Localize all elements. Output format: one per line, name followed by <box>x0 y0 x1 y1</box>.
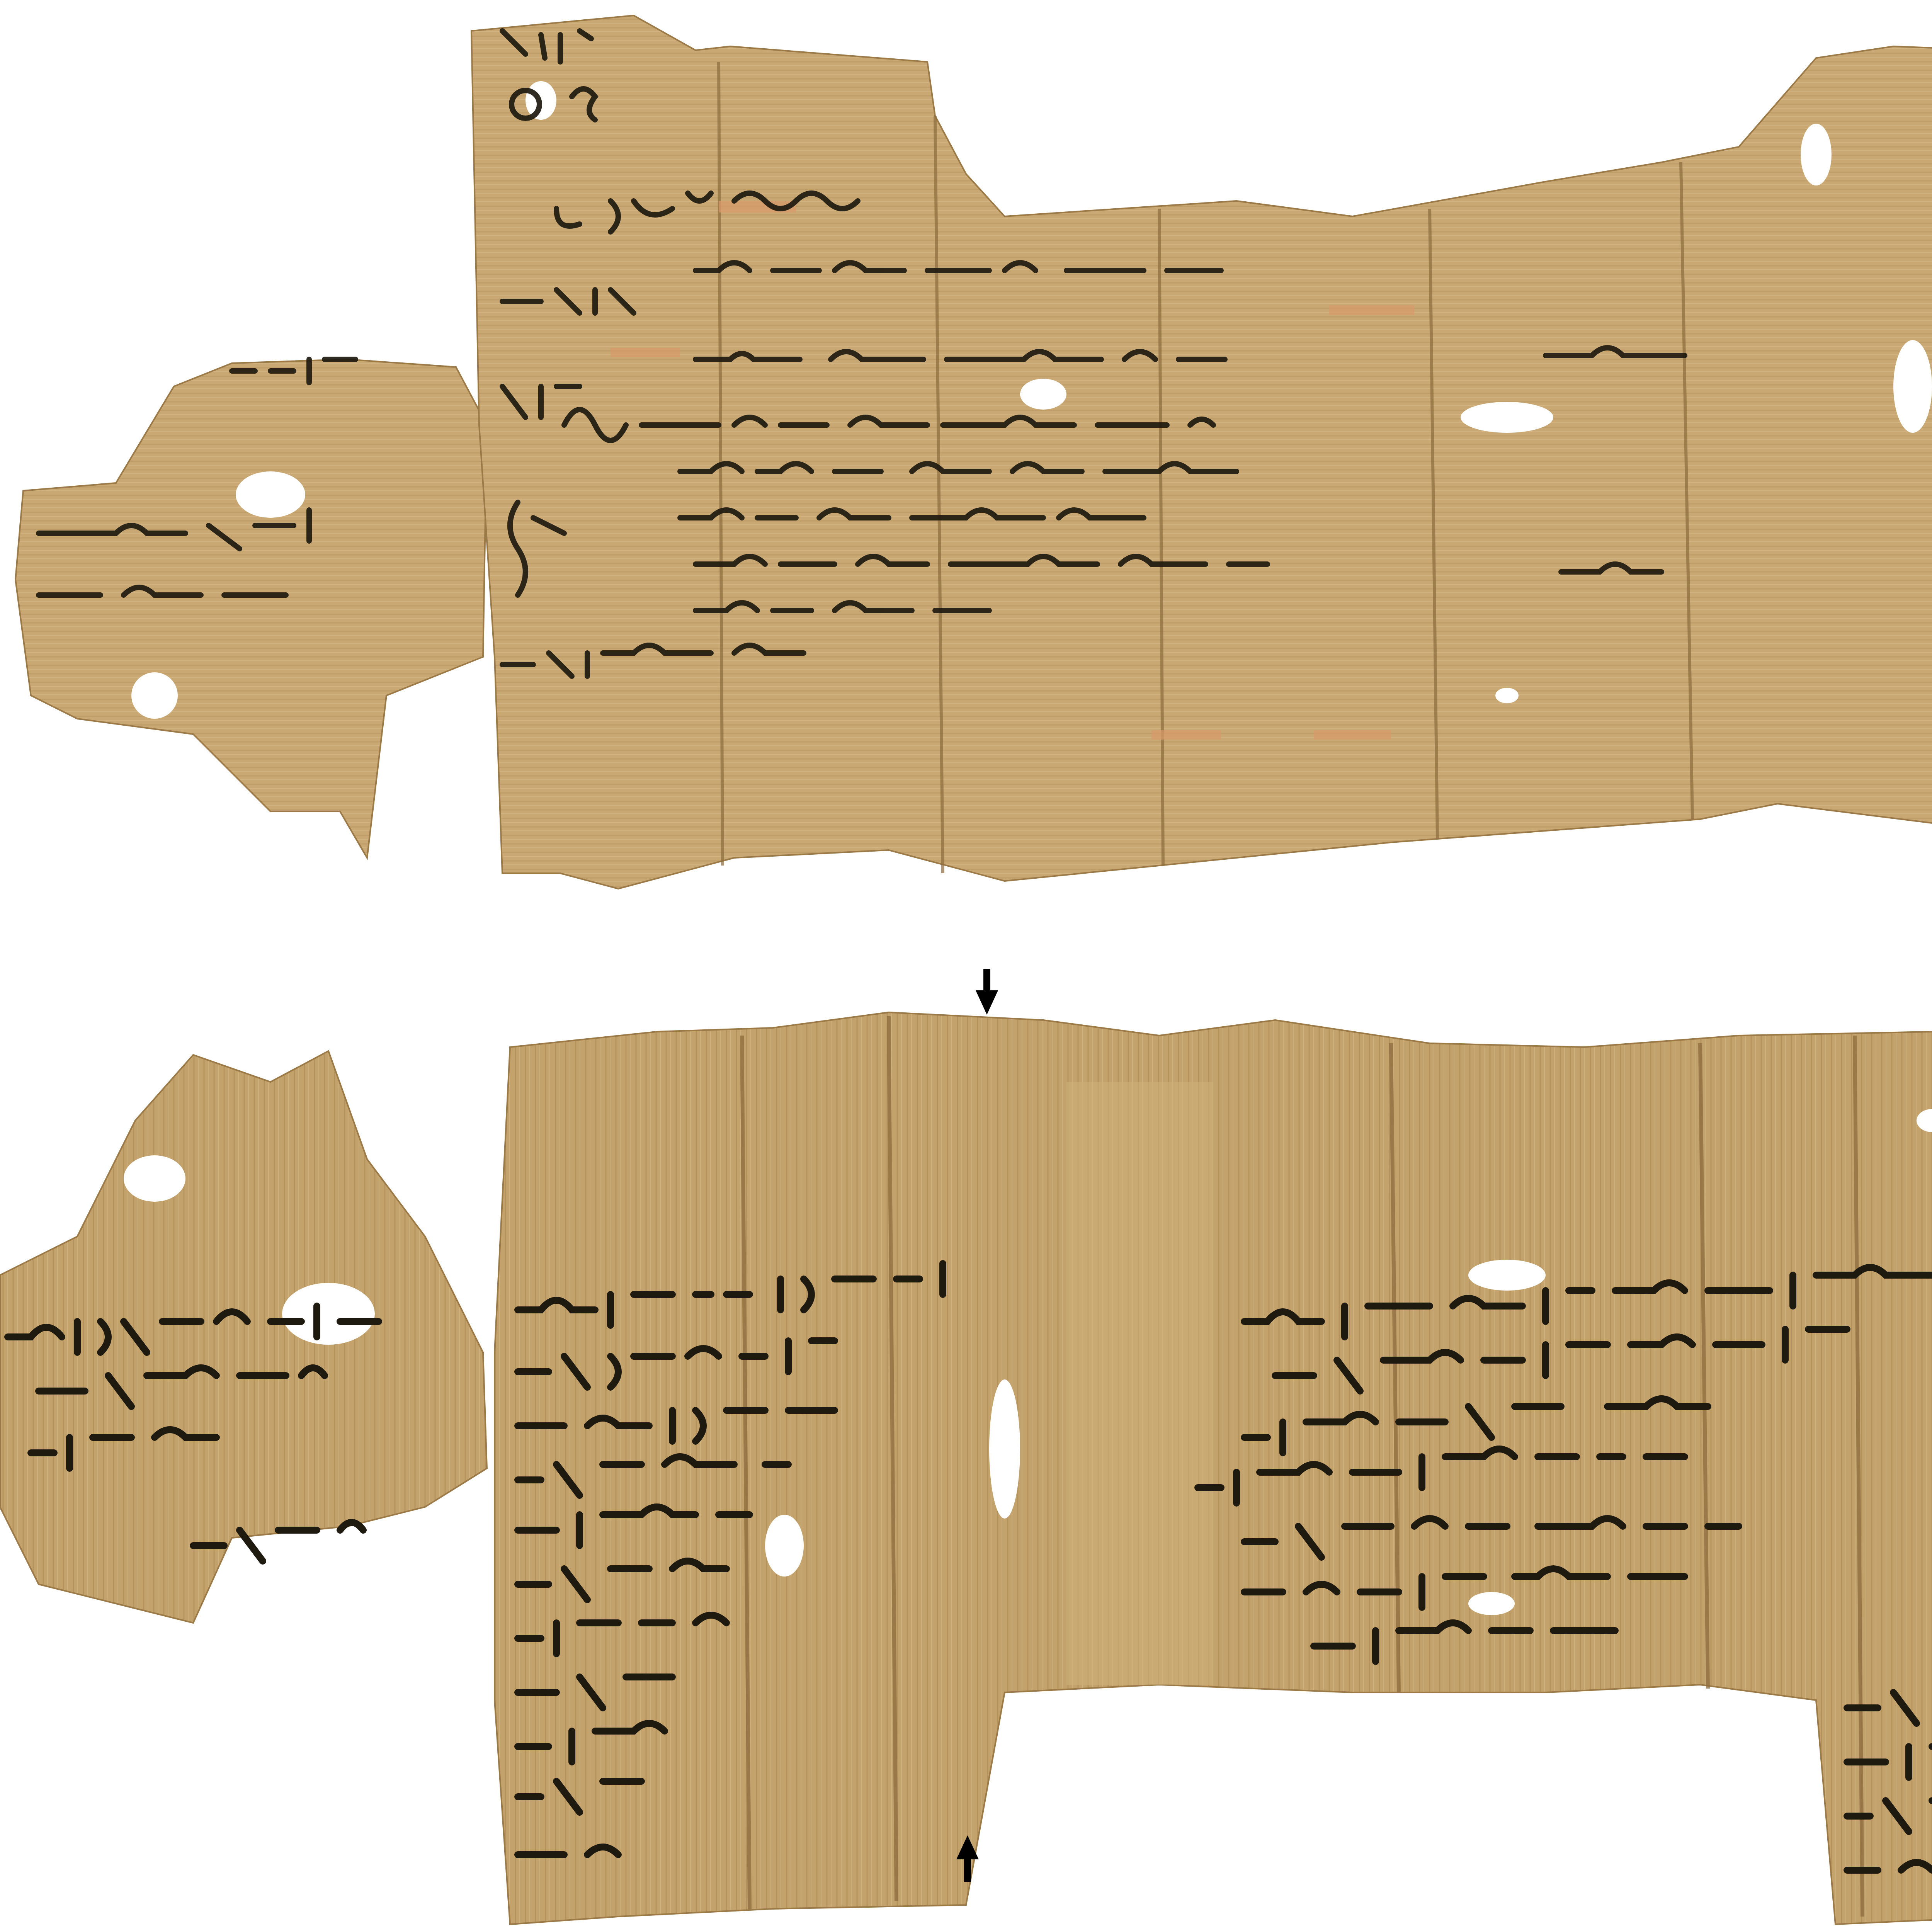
arrow-up-icon <box>956 1835 980 1882</box>
papyrus-figure <box>0 0 1932 1932</box>
papyrus-bottom-image <box>0 1005 1932 1932</box>
papyrus-top-image <box>0 0 1932 927</box>
papyrus-bottom-panel <box>0 1005 1932 1932</box>
arrow-down-icon <box>976 969 999 1015</box>
papyrus-top-panel <box>0 0 1932 927</box>
